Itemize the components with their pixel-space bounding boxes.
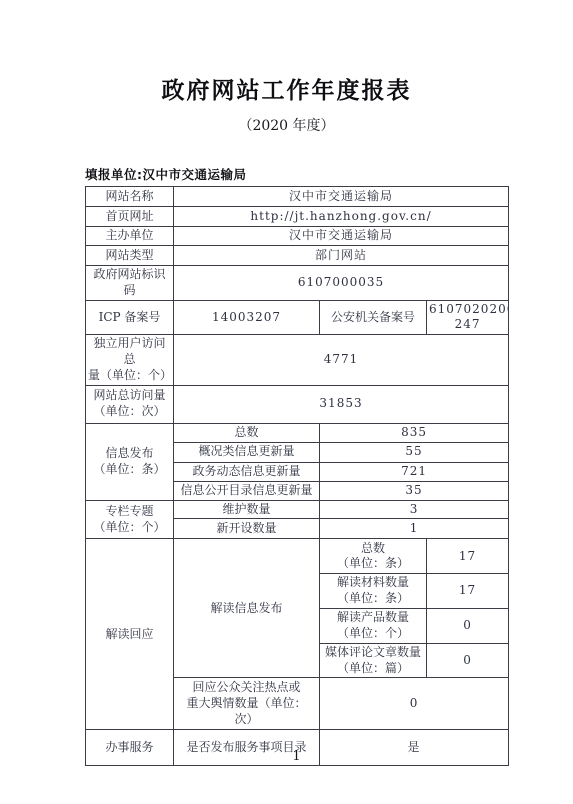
icp-label: ICP 备案号 xyxy=(86,300,174,335)
annual-report-table: 网站名称 汉中市交通运输局 首页网址 http://jt.hanzhong.go… xyxy=(85,186,509,766)
page-title: 政府网站工作年度报表 xyxy=(0,72,573,105)
interpret-media-label: 媒体评论文章数量 （单位：篇） xyxy=(320,643,427,678)
info-catalog-value: 35 xyxy=(320,481,509,500)
reporting-unit-line: 填报单位:汉中市交通运输局 xyxy=(85,165,247,183)
unique-visitors-label: 独立用户访问总 量（单位：个） xyxy=(86,335,174,385)
respond-hotspot-value: 0 xyxy=(320,678,509,730)
interpretation-response-label: 解读回应 xyxy=(86,539,174,730)
table-row: 政府网站标识码 6107000035 xyxy=(86,266,509,301)
organizer-value: 汉中市交通运输局 xyxy=(174,227,509,246)
site-type-label: 网站类型 xyxy=(86,246,174,266)
columns-new-value: 1 xyxy=(320,519,509,539)
columns-maintain-value: 3 xyxy=(320,500,509,519)
interpret-product-label: 解读产品数量 （单位：个） xyxy=(320,609,427,644)
info-overview-label: 概况类信息更新量 xyxy=(174,442,320,462)
site-code-value: 6107000035 xyxy=(174,266,509,301)
interpret-material-value: 17 xyxy=(427,574,509,609)
interpret-product-value: 0 xyxy=(427,609,509,644)
special-columns-label: 专栏专题 （单位：个） xyxy=(86,500,174,539)
info-dynamic-label: 政务动态信息更新量 xyxy=(174,462,320,481)
info-overview-value: 55 xyxy=(320,442,509,462)
homepage-url-value: http://jt.hanzhong.gov.cn/ xyxy=(174,207,509,227)
page-number: 1 xyxy=(85,749,508,764)
interpret-total-label: 总数 （单位：条） xyxy=(320,539,427,574)
interpret-media-value: 0 xyxy=(427,643,509,678)
table-row: 主办单位 汉中市交通运输局 xyxy=(86,227,509,246)
table-row: 专栏专题 （单位：个） 维护数量 3 xyxy=(86,500,509,519)
site-name-value: 汉中市交通运输局 xyxy=(174,187,509,207)
site-type-value: 部门网站 xyxy=(174,246,509,266)
icp-value: 14003207 xyxy=(174,300,320,335)
police-record-label: 公安机关备案号 xyxy=(320,300,427,335)
report-page: 政府网站工作年度报表 （2020 年度） 填报单位:汉中市交通运输局 网站名称 … xyxy=(0,0,573,804)
unique-visitors-value: 4771 xyxy=(174,335,509,385)
info-dynamic-value: 721 xyxy=(320,462,509,481)
site-code-label: 政府网站标识码 xyxy=(86,266,174,301)
interpret-total-value: 17 xyxy=(427,539,509,574)
table-row: 网站名称 汉中市交通运输局 xyxy=(86,187,509,207)
homepage-url-label: 首页网址 xyxy=(86,207,174,227)
columns-maintain-label: 维护数量 xyxy=(174,500,320,519)
interpretation-publishing-label: 解读信息发布 xyxy=(174,539,320,678)
total-visits-value: 31853 xyxy=(174,385,509,423)
table-row: 首页网址 http://jt.hanzhong.gov.cn/ xyxy=(86,207,509,227)
site-name-label: 网站名称 xyxy=(86,187,174,207)
columns-new-label: 新开设数量 xyxy=(174,519,320,539)
table-row: 信息发布 （单位：条） 总数 835 xyxy=(86,423,509,442)
table-row: 网站类型 部门网站 xyxy=(86,246,509,266)
total-visits-label: 网站总访问量 （单位：次） xyxy=(86,385,174,423)
page-subtitle: （2020 年度） xyxy=(0,115,573,135)
info-publishing-label: 信息发布 （单位：条） xyxy=(86,423,174,500)
table-row: 网站总访问量 （单位：次） 31853 xyxy=(86,385,509,423)
info-total-value: 835 xyxy=(320,423,509,442)
organizer-label: 主办单位 xyxy=(86,227,174,246)
table-row: 解读回应 解读信息发布 总数 （单位：条） 17 xyxy=(86,539,509,574)
table-row: ICP 备案号 14003207 公安机关备案号 61070202000 247 xyxy=(86,300,509,335)
interpret-material-label: 解读材料数量 （单位：条） xyxy=(320,574,427,609)
info-total-label: 总数 xyxy=(174,423,320,442)
table-row: 独立用户访问总 量（单位：个） 4771 xyxy=(86,335,509,385)
police-record-value: 61070202000 247 xyxy=(427,300,509,335)
info-catalog-label: 信息公开目录信息更新量 xyxy=(174,481,320,500)
respond-hotspot-label: 回应公众关注热点或 重大舆情数量（单位： 次） xyxy=(174,678,320,730)
